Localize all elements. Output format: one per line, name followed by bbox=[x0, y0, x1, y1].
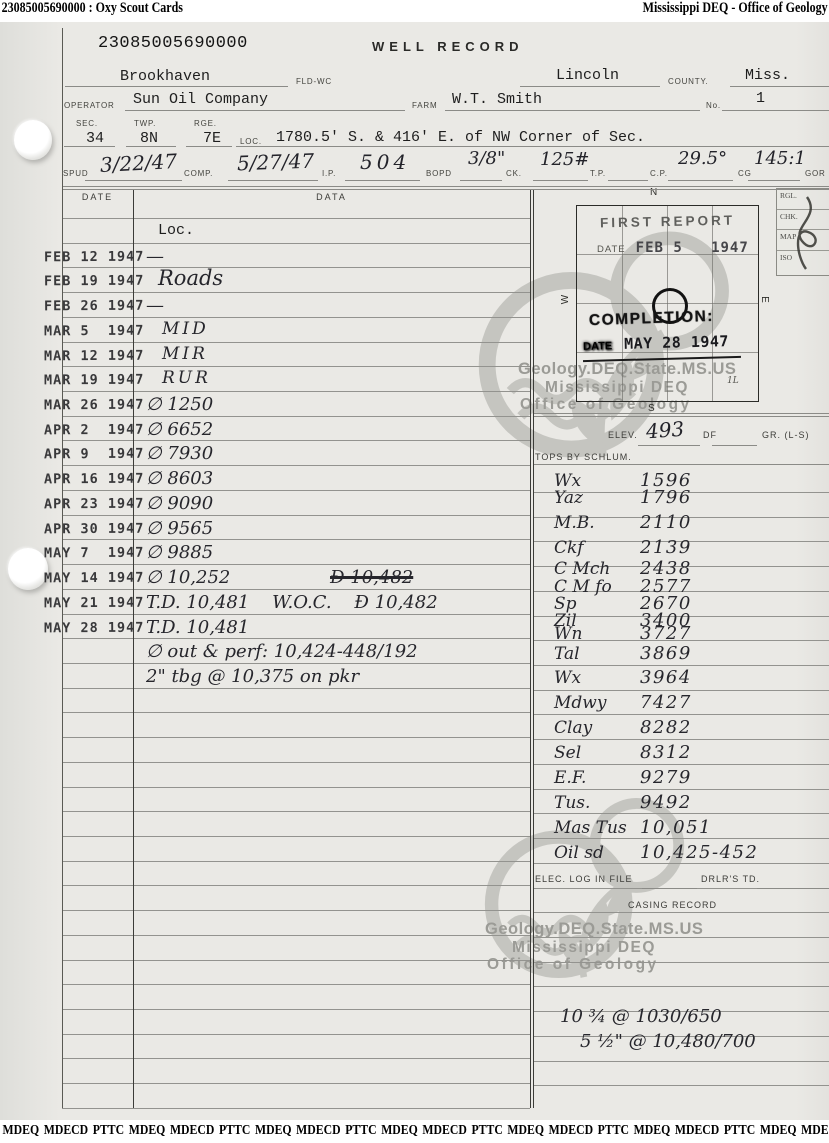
date-stamp: FEB 26 1947 bbox=[44, 298, 145, 315]
date-stamp: APR 2 1947 bbox=[44, 421, 145, 438]
farm-label: FARM bbox=[412, 101, 437, 110]
completion-date-value: MAY 28 1947 bbox=[624, 332, 729, 353]
formation-depth: 10,051 bbox=[640, 817, 712, 838]
formation-depth: 1796 bbox=[640, 487, 692, 508]
formation-name: Wx bbox=[554, 668, 581, 688]
spud-label: SPUD bbox=[63, 169, 88, 178]
elev-label: ELEV. bbox=[608, 430, 638, 440]
loc-label: LOC. bbox=[240, 137, 262, 146]
data-entry: ∅ 7930 bbox=[146, 443, 213, 464]
date-stamp: APR 16 1947 bbox=[44, 471, 145, 488]
table-row: ∅ out & perf: 10,424-448/192 bbox=[0, 637, 530, 663]
data-entry: Loc. bbox=[158, 222, 194, 239]
section-plat-box: FIRST REPORT DATEFEB 5 1947 COMPLETION: … bbox=[576, 205, 759, 402]
field-name: Brookhaven bbox=[120, 68, 210, 85]
well-no-value: 1 bbox=[756, 90, 765, 107]
date-stamp: FEB 19 1947 bbox=[44, 273, 145, 290]
underline bbox=[62, 189, 829, 190]
formation-top: M.B.2110 bbox=[546, 510, 829, 533]
gr-label: GR. (L-S) bbox=[762, 430, 810, 440]
elev-value: 493 bbox=[645, 417, 685, 444]
formation-top: Ckf2139 bbox=[546, 535, 829, 558]
formation-depth: 3869 bbox=[640, 643, 692, 664]
data-entry: ∅ 9885 bbox=[146, 542, 213, 563]
formation-name: Mas Tus bbox=[554, 818, 627, 838]
county-name: Lincoln bbox=[556, 67, 619, 84]
operator-name: Sun Oil Company bbox=[133, 91, 268, 108]
data-entry: RUR bbox=[162, 368, 211, 388]
formation-top: Tal3869 bbox=[546, 641, 829, 664]
cp-value: 29.5° bbox=[678, 148, 727, 169]
farm-name: W.T. Smith bbox=[452, 91, 542, 108]
date-stamp: APR 9 1947 bbox=[44, 446, 145, 463]
table-row: APR 23 1947∅ 9090 bbox=[0, 489, 530, 515]
formation-top: Clay8282 bbox=[546, 715, 829, 738]
ruled-line bbox=[533, 912, 829, 913]
formation-depth: 3964 bbox=[640, 667, 692, 688]
drlrs-td-label: DRLR'S TD. bbox=[701, 874, 760, 884]
formation-name: E.F. bbox=[554, 768, 586, 788]
date-stamp: MAR 26 1947 bbox=[44, 397, 145, 414]
table-row: FEB 19 1947Roads bbox=[0, 266, 530, 292]
table-row: Loc. bbox=[0, 217, 530, 243]
data-column-header: DATA bbox=[133, 192, 530, 202]
ruled-line bbox=[533, 937, 829, 938]
county-label: COUNTY. bbox=[668, 77, 709, 86]
data-entry: ∅ out & perf: 10,424-448/192 bbox=[146, 641, 418, 662]
formation-name: M.B. bbox=[554, 513, 595, 533]
window-title: 23085005690000 : Oxy Scout Cards bbox=[0, 0, 183, 17]
date-stamp: MAY 21 1947 bbox=[44, 594, 145, 611]
casing-entry: 10 ¾ @ 1030/650 bbox=[560, 1006, 722, 1027]
data-entry: Roads bbox=[158, 266, 223, 290]
formation-name: Tal bbox=[554, 644, 580, 664]
data-entry: ∅ 8603 bbox=[146, 468, 213, 489]
bopd-label: BOPD bbox=[426, 169, 452, 178]
state-name: Miss. bbox=[745, 67, 790, 84]
ruled-line bbox=[533, 1085, 829, 1086]
loc-value: 1780.5' S. & 416' E. of NW Corner of Sec… bbox=[276, 129, 645, 146]
elec-log-label: ELEC. LOG IN FILE bbox=[535, 874, 633, 884]
formation-depth: 8282 bbox=[640, 717, 692, 738]
well-no-label: No. bbox=[706, 101, 721, 110]
ip-value: 504 bbox=[360, 150, 410, 174]
underline bbox=[85, 180, 182, 181]
gor-label: GOR bbox=[805, 169, 826, 178]
formation-depth: 2139 bbox=[640, 537, 692, 558]
checkmark-flourish bbox=[777, 189, 829, 275]
underline bbox=[722, 110, 829, 111]
table-row: APR 16 1947∅ 8603 bbox=[0, 464, 530, 490]
twp-label: TWP. bbox=[134, 119, 156, 128]
formation-depth: 9492 bbox=[640, 792, 692, 813]
vertical-rule bbox=[530, 190, 531, 1108]
casing-entry: 5 ½" @ 10,480/700 bbox=[580, 1031, 756, 1052]
agency-title: Mississippi DEQ - Office of Geology bbox=[642, 0, 829, 17]
df-label: DF bbox=[703, 430, 717, 440]
data-entry: MIR bbox=[162, 344, 208, 364]
struck-entry: Đ 10,482 bbox=[330, 567, 413, 588]
compass-west: W bbox=[560, 295, 571, 304]
underline bbox=[642, 888, 697, 889]
comp-date: 5/27/47 bbox=[237, 149, 315, 176]
first-report-stamp: FIRST REPORT bbox=[577, 212, 758, 231]
review-checklist-box: RGL.CHK.MAPISO bbox=[776, 188, 829, 276]
formation-name: Sel bbox=[554, 743, 581, 763]
data-entry: ∅ 9565 bbox=[146, 518, 213, 539]
cg-label: CG bbox=[738, 169, 752, 178]
data-entry: MID bbox=[162, 319, 209, 339]
table-row: MAR 5 1947MID bbox=[0, 316, 530, 342]
formation-top: Mdwy7427 bbox=[546, 690, 829, 713]
formation-top: Sel8312 bbox=[546, 740, 829, 763]
underline bbox=[186, 146, 232, 147]
date-stamp: MAR 5 1947 bbox=[44, 323, 145, 340]
underline bbox=[64, 146, 115, 147]
data-entry: ∅ 1250 bbox=[146, 394, 213, 415]
ruled-line bbox=[533, 1061, 829, 1062]
table-row: MAY 28 1947T.D. 10,481 bbox=[0, 613, 530, 639]
formation-depth: 2110 bbox=[640, 512, 692, 533]
formation-name: Ckf bbox=[554, 538, 584, 558]
underline bbox=[533, 416, 829, 417]
formation-top: E.F.9279 bbox=[546, 765, 829, 788]
underline bbox=[445, 110, 700, 111]
underline bbox=[236, 146, 829, 147]
formation-depth: 7427 bbox=[640, 692, 692, 713]
api-number: 23085005690000 bbox=[98, 34, 248, 53]
formation-name: Mdwy bbox=[554, 693, 606, 713]
underline bbox=[668, 180, 733, 181]
ruled-line bbox=[533, 986, 829, 987]
formation-top: Wx3964 bbox=[546, 665, 829, 688]
date-stamp: APR 30 1947 bbox=[44, 520, 145, 537]
field-label: FLD-WC bbox=[296, 77, 332, 86]
comp-label: COMP. bbox=[184, 169, 213, 178]
date-stamp: MAR 19 1947 bbox=[44, 372, 145, 389]
ruled-line bbox=[533, 838, 829, 839]
underline bbox=[520, 86, 660, 87]
data-entry: T.D. 10,481 bbox=[146, 617, 249, 638]
underline bbox=[757, 888, 829, 889]
date-stamp: FEB 12 1947 bbox=[44, 248, 145, 265]
underline bbox=[345, 180, 420, 181]
top-title-bar: 23085005690000 : Oxy Scout Cards Mississ… bbox=[0, 0, 829, 22]
footer-band: MDEQ MDECD PTTC MDEQ MDECD PTTC MDEQ MDE… bbox=[0, 1120, 829, 1143]
completion-date: DATEMAY 28 1947 bbox=[583, 332, 729, 355]
underline bbox=[608, 180, 648, 181]
tp-label: T.P. bbox=[590, 169, 606, 178]
completion-stamp: COMPLETION: bbox=[589, 308, 715, 330]
data-entry: — bbox=[146, 295, 164, 316]
table-row: FEB 12 1947— bbox=[0, 242, 530, 268]
table-row: FEB 26 1947— bbox=[0, 291, 530, 317]
vertical-rule bbox=[533, 190, 534, 1108]
cp-label: C.P. bbox=[650, 169, 668, 178]
gor-value: 145:1 bbox=[754, 148, 806, 169]
scout-card-scan: Geology.DEQ.State.MS.US Mississippi DEQ … bbox=[0, 22, 829, 1120]
date-stamp: APR 23 1947 bbox=[44, 496, 145, 513]
formation-top: Mas Tus10,051 bbox=[546, 815, 829, 838]
underline bbox=[126, 146, 176, 147]
date-stamp: MAY 14 1947 bbox=[44, 570, 145, 587]
choke-value: 3/8" bbox=[468, 148, 505, 169]
table-row: 2" tbg @ 10,375 on pkr bbox=[0, 662, 530, 688]
underline bbox=[125, 110, 405, 111]
underline bbox=[533, 413, 829, 414]
table-row: MAY 7 1947∅ 9885 bbox=[0, 538, 530, 564]
underline bbox=[533, 464, 829, 465]
sec-value: 34 bbox=[86, 130, 104, 147]
ck-label: CK. bbox=[506, 169, 522, 178]
sec-label: SEC. bbox=[76, 119, 98, 128]
data-entry: 2" tbg @ 10,375 on pkr bbox=[146, 666, 359, 687]
formation-top: Oil sd10,425-452 bbox=[546, 840, 829, 863]
rge-value: 7E bbox=[203, 130, 221, 147]
date-stamp: MAY 28 1947 bbox=[44, 619, 145, 636]
date-stamp: MAR 12 1947 bbox=[44, 347, 145, 364]
formation-name: Tus. bbox=[554, 793, 590, 813]
ip-label: I.P. bbox=[322, 169, 336, 178]
first-report-date-value: FEB 5 1947 bbox=[636, 240, 749, 256]
formation-depth: 8312 bbox=[640, 742, 692, 763]
formation-name: Clay bbox=[554, 718, 592, 738]
underline bbox=[460, 180, 502, 181]
stamp-rule bbox=[583, 356, 741, 362]
underline bbox=[638, 445, 700, 446]
ruled-line bbox=[62, 1108, 530, 1109]
operator-label: OPERATOR bbox=[64, 101, 115, 110]
tops-heading: TOPS BY SCHLUM. bbox=[535, 452, 632, 462]
data-entry: ∅ 10,252 bbox=[146, 567, 230, 588]
underline bbox=[65, 86, 288, 87]
table-row: MAY 14 1947∅ 10,252Đ 10,482 bbox=[0, 563, 530, 589]
formation-depth: 9279 bbox=[640, 767, 692, 788]
twp-value: 8N bbox=[140, 130, 158, 147]
card-title: WELL RECORD bbox=[372, 39, 524, 54]
underline bbox=[62, 186, 829, 187]
formation-top: Tus.9492 bbox=[546, 790, 829, 813]
formation-depth: 10,425-452 bbox=[640, 842, 758, 863]
table-row: APR 30 1947∅ 9565 bbox=[0, 514, 530, 540]
first-report-date: DATEFEB 5 1947 bbox=[597, 239, 749, 257]
compass-east: E bbox=[759, 296, 770, 303]
table-row: MAY 21 1947T.D. 10,481 W.O.C. Đ 10,482 bbox=[0, 588, 530, 614]
formation-name: Oil sd bbox=[554, 843, 604, 863]
date-label: DATE bbox=[583, 340, 612, 353]
data-entry: T.D. 10,481 W.O.C. Đ 10,482 bbox=[146, 592, 438, 613]
formation-name: Yaz bbox=[554, 488, 583, 508]
data-entry: — bbox=[146, 246, 164, 267]
spud-date: 3/22/47 bbox=[99, 149, 177, 177]
rge-label: RGE. bbox=[194, 119, 217, 128]
footer-text: MDEQ MDECD PTTC MDEQ MDECD PTTC MDEQ MDE… bbox=[0, 1120, 829, 1139]
date-stamp: MAY 7 1947 bbox=[44, 545, 145, 562]
date-label: DATE bbox=[597, 244, 626, 255]
casing-record-heading: CASING RECORD bbox=[628, 900, 717, 910]
underline bbox=[533, 180, 588, 181]
ruled-line bbox=[533, 962, 829, 963]
underline bbox=[712, 445, 757, 446]
data-entry: ∅ 9090 bbox=[146, 493, 213, 514]
formation-top: Yaz1796 bbox=[546, 485, 829, 508]
table-row: APR 9 1947∅ 7930 bbox=[0, 439, 530, 465]
data-entry: ∅ 6652 bbox=[146, 419, 213, 440]
table-row: MAR 26 1947∅ 1250 bbox=[0, 390, 530, 416]
underline bbox=[730, 86, 829, 87]
underline bbox=[748, 180, 800, 181]
date-column-header: DATE bbox=[62, 192, 133, 202]
corner-mark: 1L bbox=[727, 376, 739, 386]
table-row: MAR 12 1947MIR bbox=[0, 341, 530, 367]
table-row: MAR 19 1947RUR bbox=[0, 365, 530, 391]
ck-value: 125# bbox=[540, 149, 589, 170]
hole-punch bbox=[14, 120, 52, 160]
table-row: APR 2 1947∅ 6652 bbox=[0, 415, 530, 441]
underline bbox=[228, 180, 318, 181]
